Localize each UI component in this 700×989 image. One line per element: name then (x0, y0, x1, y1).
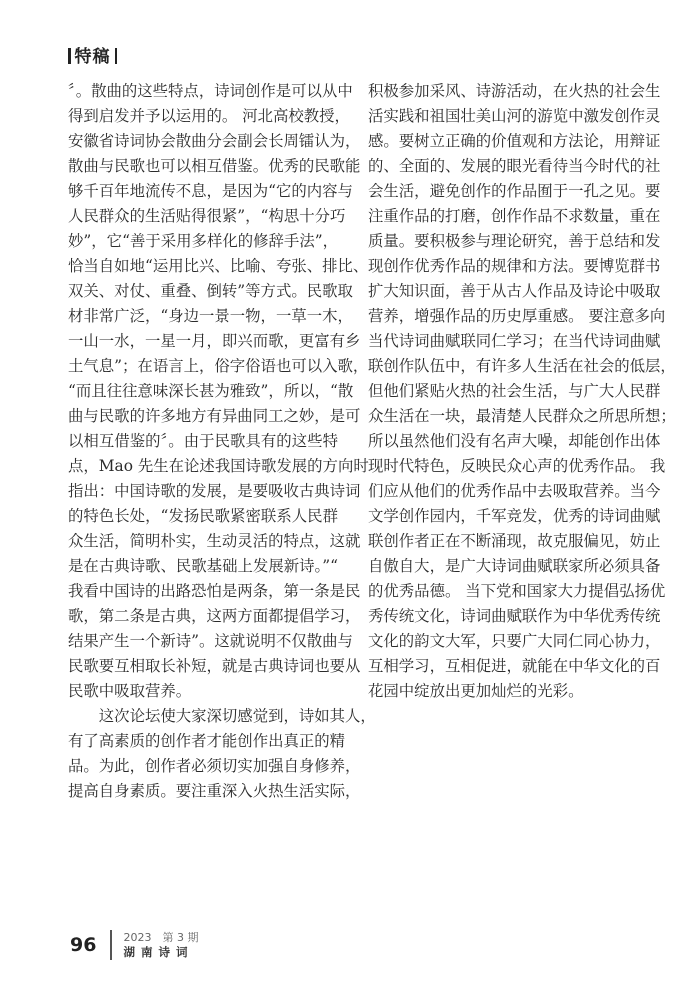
text-line: 够千百年地流传不息，是因为“它的内容与 (68, 179, 338, 204)
text-line: 质量。要积极参与理论研究，善于总结和发 (368, 229, 638, 254)
text-line: 双关、对仗、重叠、倒转”等方式。民歌取 (68, 279, 338, 304)
text-line: 们应从他们的优秀作品中去吸取营养。当今 (368, 479, 638, 504)
text-line: 活实践和祖国壮美山河的游览中激发创作灵 (368, 104, 638, 129)
text-line: 民歌要互相取长补短，就是古典诗词也要从 (68, 654, 338, 679)
text-line: 提高自身素质。要注重深入火热生活实际， (68, 779, 338, 804)
text-line: 秀传统文化，诗词曲赋联作为中华优秀传统 (368, 604, 638, 629)
section-tag: 特稿 (64, 42, 121, 67)
text-line: 当代诗词曲赋联同仁学习；在当代诗词曲赋 (368, 329, 638, 354)
text-column-left: 〞。散曲的这些特点，诗词创作是可以从中得到启发并予以运用的。 河北高校教授，安徽… (68, 79, 338, 804)
text-line: 指出：中国诗歌的发展，是要吸收古典诗词 (68, 479, 338, 504)
text-line: 积极参加采风、诗游活动，在火热的社会生 (368, 79, 638, 104)
text-line: 众生活在一块，最清楚人民群众之所思所想； (368, 404, 638, 429)
text-line: 以相互借鉴的〞。由于民歌具有的这些特 (68, 429, 338, 454)
text-line: 联创作者正在不断涌现，故克服偏见，妨止 (368, 529, 638, 554)
text-line: 有了高素质的创作者才能创作出真正的精 (68, 729, 338, 754)
text-line: 互相学习，互相促进，就能在中华文化的百 (368, 654, 638, 679)
text-line: 得到启发并予以运用的。 河北高校教授， (68, 104, 338, 129)
issue-label: 2023 第 3 期 (124, 931, 199, 945)
text-line: 现创作优秀作品的规律和方法。要博览群书 (368, 254, 638, 279)
text-line: 曲与民歌的许多地方有异曲同工之妙，是可 (68, 404, 338, 429)
text-line: 〞。散曲的这些特点，诗词创作是可以从中 (68, 79, 338, 104)
text-line: 安徽省诗词协会散曲分会副会长周镭认为， (68, 129, 338, 154)
text-line: 花园中绽放出更加灿烂的光彩。 (368, 679, 638, 704)
page-footer: 96 2023 第 3 期 湖南诗词 (70, 930, 199, 960)
footer-meta: 2023 第 3 期 湖南诗词 (124, 931, 199, 959)
text-line: 会生活，避免创作的作品囿于一孔之见。要 (368, 179, 638, 204)
text-line: 自傲自大，是广大诗词曲赋联家所必须具备 (368, 554, 638, 579)
text-line: 材非常广泛，“身边一景一物，一草一木， (68, 304, 338, 329)
text-line: 所以虽然他们没有名声大噪，却能创作出体 (368, 429, 638, 454)
text-line: 现时代特色，反映民众心声的优秀作品。 我 (368, 454, 638, 479)
text-line: 的、全面的、发展的眼光看待当今时代的社 (368, 154, 638, 179)
text-line: 营养，增强作品的历史厚重感。 要注意多向 (368, 304, 638, 329)
text-line: 结果产生一个新诗”。这就说明不仅散曲与 (68, 629, 338, 654)
text-line: 的特色长处，“发扬民歌紧密联系人民群 (68, 504, 338, 529)
text-line: 歌，第二条是古典，这两方面都提倡学习， (68, 604, 338, 629)
text-line: 恰当自如地“运用比兴、比喻、夸张、排比、 (68, 254, 338, 279)
text-line: “而且往往意味深长甚为雅致”，所以，“散 (68, 379, 338, 404)
text-line: 是在古典诗歌、民歌基础上发展新诗。”“ (68, 554, 338, 579)
tag-bar-right (115, 48, 118, 64)
text-line: 的优秀品德。 当下党和国家大力提倡弘扬优 (368, 579, 638, 604)
text-line: 品。为此，创作者必须切实加强自身修养， (68, 754, 338, 779)
text-line: 文学创作园内，千军竞发，优秀的诗词曲赋 (368, 504, 638, 529)
text-line: 文化的韵文大军，只要广大同仁同心协力， (368, 629, 638, 654)
text-line: 一山一水，一星一月，即兴而歌，更富有乡 (68, 329, 338, 354)
text-line: 散曲与民歌也可以相互借鉴。优秀的民歌能 (68, 154, 338, 179)
text-line: 点，Mao 先生在论述我国诗歌发展的方向时 (68, 454, 338, 479)
text-line: 妙”，它“善于采用多样化的修辞手法”， (68, 229, 338, 254)
text-line: 注重作品的打磨，创作作品不求数量，重在 (368, 204, 638, 229)
text-line: 人民群众的生活贴得很紧”，“构思十分巧 (68, 204, 338, 229)
tag-bar-left (68, 48, 71, 64)
text-line: 联创作队伍中，有许多人生活在社会的低层， (368, 354, 638, 379)
section-tag-label: 特稿 (75, 47, 111, 67)
text-line: 扩大知识面，善于从古人作品及诗论中吸取 (368, 279, 638, 304)
page-number: 96 (70, 934, 110, 956)
text-column-right: 积极参加采风、诗游活动，在火热的社会生活实践和祖国壮美山河的游览中激发创作灵感。… (368, 79, 638, 704)
text-line: 土气息”；在语言上，俗字俗语也可以入歌， (68, 354, 338, 379)
text-line: 这次论坛使大家深切感觉到，诗如其人， (68, 704, 338, 729)
text-line: 但他们紧贴火热的社会生活，与广大人民群 (368, 379, 638, 404)
text-line: 我看中国诗的出路恐怕是两条，第一条是民 (68, 579, 338, 604)
text-line: 感。要树立正确的价值观和方法论，用辩证 (368, 129, 638, 154)
text-line: 众生活，简明朴实，生动灵活的特点，这就 (68, 529, 338, 554)
text-line: 民歌中吸取营养。 (68, 679, 338, 704)
footer-divider (110, 930, 112, 960)
magazine-name: 湖南诗词 (124, 945, 199, 959)
